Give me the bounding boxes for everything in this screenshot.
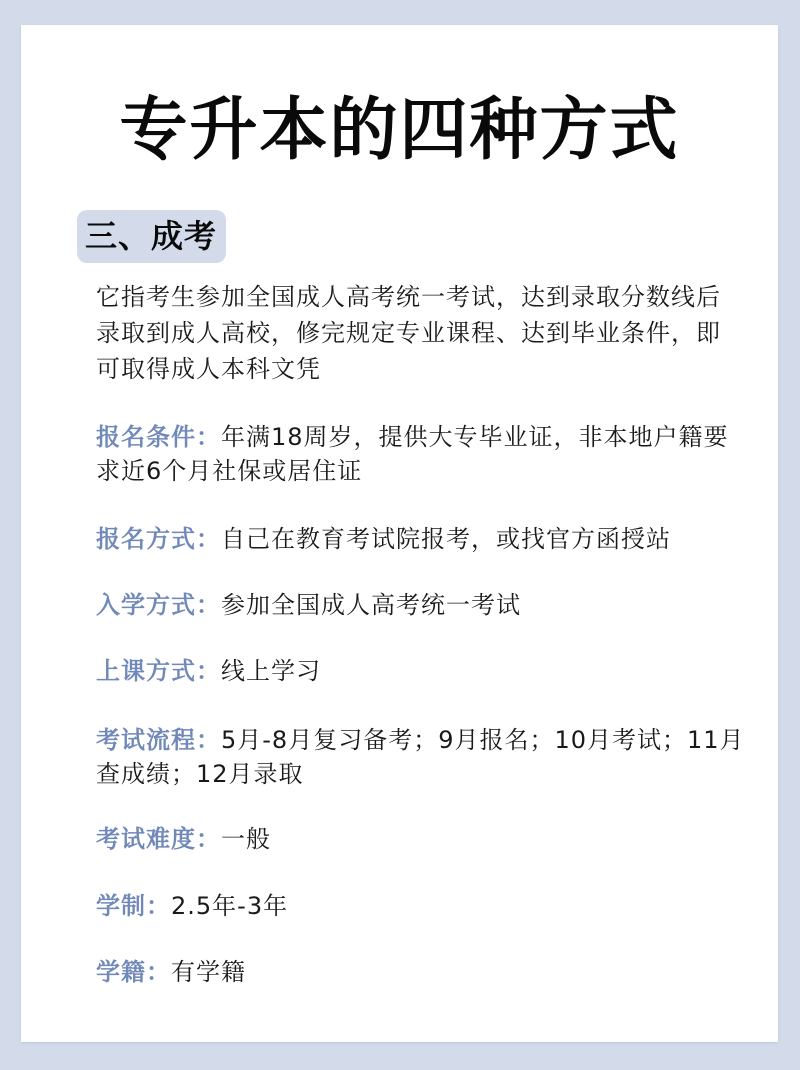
field-admission-method: 入学方式：参加全国成人高考统一考试 — [96, 588, 746, 622]
field-value: 2.5年-3年 — [171, 892, 288, 920]
field-label: 报名方式： — [96, 525, 221, 553]
field-value: 参加全国成人高考统一考试 — [221, 591, 521, 619]
field-label: 考试难度： — [96, 825, 221, 853]
field-value: 线上学习 — [221, 657, 321, 685]
field-student-status: 学籍：有学籍 — [96, 955, 746, 989]
section-badge: 三、成考 — [77, 210, 226, 263]
field-label: 报名条件： — [96, 423, 221, 451]
page-title: 专升本的四种方式 — [21, 91, 778, 171]
field-value: 自己在教育考试院报考，或找官方函授站 — [221, 525, 671, 553]
field-study-duration: 学制：2.5年-3年 — [96, 889, 746, 923]
content-card: 专升本的四种方式 三、成考 它指考生参加全国成人高考统一考试，达到录取分数线后录… — [21, 25, 778, 1042]
field-registration-method: 报名方式：自己在教育考试院报考，或找官方函授站 — [96, 522, 746, 556]
field-label: 学籍： — [96, 958, 171, 986]
field-exam-process: 考试流程：5月-8月复习备考；9月报名；10月考试；11月查成绩；12月录取 — [96, 723, 746, 791]
field-label: 上课方式： — [96, 657, 221, 685]
field-registration-requirements: 报名条件：年满18周岁，提供大专毕业证，非本地户籍要求近6个月社保或居住证 — [96, 420, 746, 488]
field-label: 学制： — [96, 892, 171, 920]
field-class-method: 上课方式：线上学习 — [96, 654, 746, 688]
field-exam-difficulty: 考试难度：一般 — [96, 822, 746, 856]
field-value: 有学籍 — [171, 958, 246, 986]
section-intro: 它指考生参加全国成人高考统一考试，达到录取分数线后录取到成人高校，修完规定专业课… — [96, 279, 736, 387]
field-value: 一般 — [221, 825, 271, 853]
field-label: 考试流程： — [96, 726, 221, 754]
field-label: 入学方式： — [96, 591, 221, 619]
